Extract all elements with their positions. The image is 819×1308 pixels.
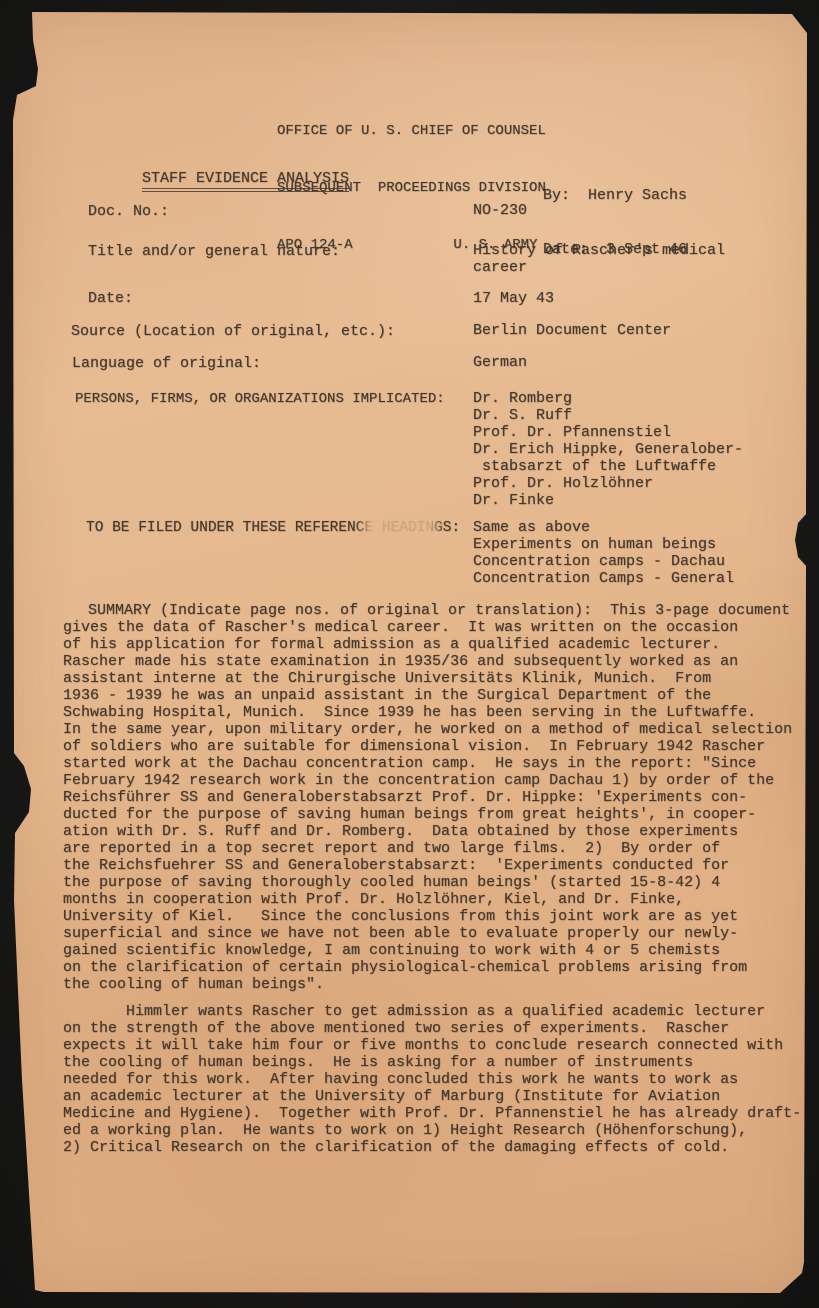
field-value-filing-references: Same as above Experiments on human being… — [473, 519, 734, 587]
document-title: STAFF EVIDENCE ANALYSIS — [88, 153, 349, 209]
field-label-title: Title and/or general nature: — [88, 243, 340, 260]
himmler-paragraph: Himmler wants Rascher to get admission a… — [63, 1003, 811, 1156]
office-header-line1: OFFICE OF U. S. CHIEF OF COUNSEL — [277, 122, 546, 141]
field-label-persons-implicated: PERSONS, FIRMS, OR ORGANIZATIONS IMPLICA… — [75, 391, 445, 408]
field-label-filing-references: TO BE FILED UNDER THESE REFERENCE HEADIN… — [86, 520, 460, 537]
document-page: OFFICE OF U. S. CHIEF OF COUNSEL SUBSEQU… — [0, 0, 819, 1308]
document-title-text: STAFF EVIDENCE ANALYSIS — [142, 170, 349, 192]
field-label-doc-no: Doc. No.: — [88, 203, 169, 220]
field-value-date: 17 May 43 — [473, 290, 554, 307]
byline-analyst: By: Henry Sachs — [543, 187, 687, 205]
scan-background: OFFICE OF U. S. CHIEF OF COUNSEL SUBSEQU… — [0, 0, 819, 1308]
field-value-source: Berlin Document Center — [473, 322, 671, 339]
field-value-doc-no: NO-230 — [473, 202, 527, 219]
field-value-persons-implicated: Dr. Romberg Dr. S. Ruff Prof. Dr. Pfanne… — [473, 390, 743, 509]
field-label-date: Date: — [88, 290, 133, 307]
field-label-language: Language of original: — [72, 355, 261, 372]
field-value-language: German — [473, 354, 527, 371]
summary-paragraph: SUMMARY (Indicate page nos. of original … — [63, 602, 811, 993]
field-label-source: Source (Location of original, etc.): — [71, 323, 395, 340]
field-value-title: History of Rascher's medical career — [473, 242, 725, 276]
